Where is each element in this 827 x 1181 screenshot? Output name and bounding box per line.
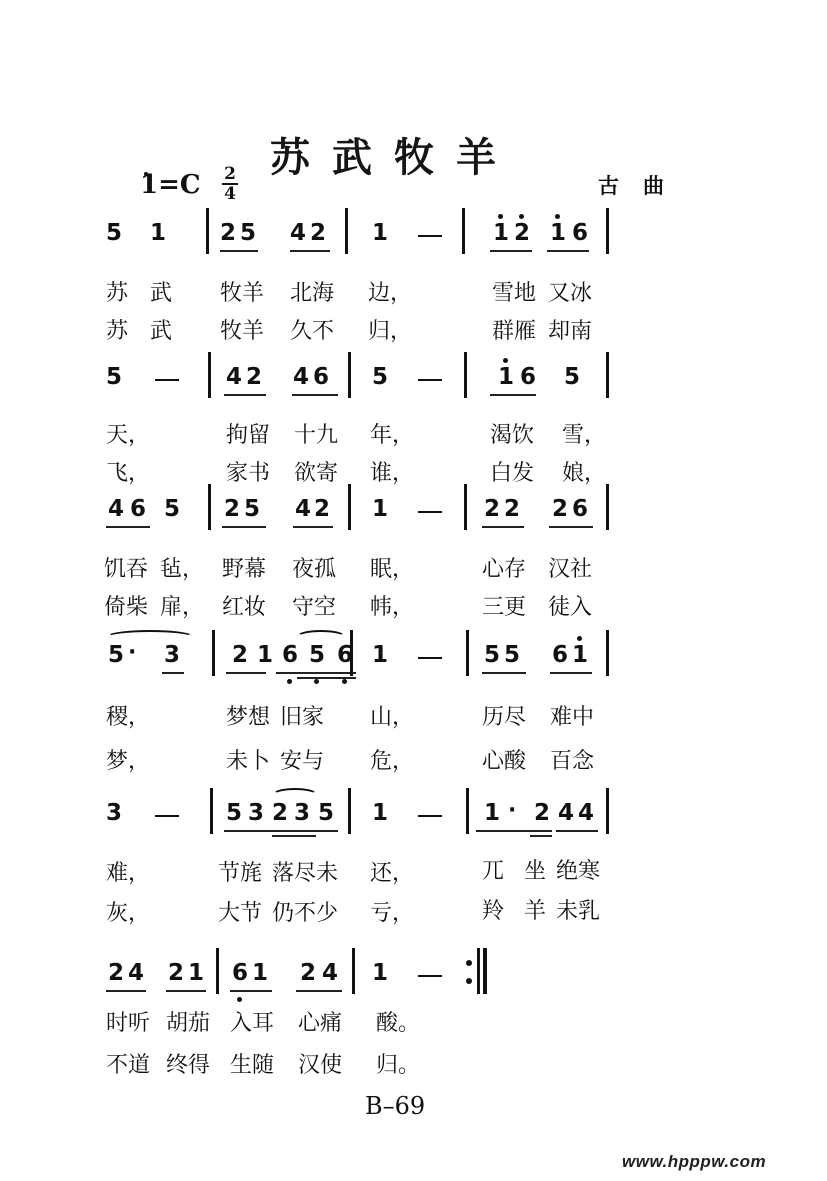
note: 1	[372, 960, 388, 986]
eighth-beam	[226, 672, 266, 674]
note: 2	[552, 496, 568, 522]
lyric: 雪，	[562, 418, 606, 449]
eighth-beam	[224, 830, 338, 832]
barline	[216, 948, 219, 994]
hold-dash	[418, 815, 442, 817]
lyric: 胡茄	[166, 1006, 210, 1037]
barline	[466, 630, 469, 676]
eighth-beam	[296, 990, 342, 992]
lyric: 久不	[290, 314, 334, 345]
note: 2	[220, 220, 236, 246]
lyric: 群雁	[492, 314, 536, 345]
note: 4	[295, 496, 311, 522]
lyric: 却南	[548, 314, 592, 345]
lyric: 难中	[550, 700, 594, 731]
note: 5	[106, 364, 122, 390]
lyric: 归，	[368, 314, 412, 345]
note: 6	[572, 220, 588, 246]
barline	[350, 630, 353, 676]
lyric: 灰，	[106, 896, 150, 927]
lyric: 飞，	[106, 456, 150, 487]
lyric: 天，	[106, 418, 150, 449]
lyric: 绝寒	[556, 854, 600, 885]
note: 2	[504, 496, 520, 522]
lyric: 三更	[482, 590, 526, 621]
eighth-beam	[293, 526, 333, 528]
hold-dash	[418, 235, 442, 237]
note: 3	[294, 800, 310, 826]
note-high: 2	[514, 220, 530, 246]
barline	[348, 788, 351, 834]
note: 2	[534, 800, 550, 826]
note-high: 1	[572, 642, 588, 668]
repeat-dot	[466, 978, 472, 984]
note: 5	[484, 642, 500, 668]
note: 2	[232, 642, 248, 668]
note: 5	[372, 364, 388, 390]
note-high: 1	[498, 364, 514, 390]
lyric: 百念	[550, 744, 594, 775]
lyric: 兀	[482, 854, 504, 885]
lyric: 娘，	[562, 456, 606, 487]
lyric: 历尽	[482, 700, 526, 731]
eighth-beam	[230, 990, 272, 992]
sixteenth-beam	[530, 835, 552, 837]
eighth-beam	[276, 672, 356, 674]
note: 6	[572, 496, 588, 522]
eighth-beam	[222, 526, 266, 528]
barline	[462, 208, 465, 254]
note: 1	[372, 496, 388, 522]
barline	[210, 788, 213, 834]
lyric: 饥吞	[104, 552, 148, 583]
time-signature-top: 2	[222, 166, 238, 182]
barline	[348, 484, 351, 530]
lyric: 徒入	[548, 590, 592, 621]
eighth-beam	[166, 990, 206, 992]
lyric: 谁，	[370, 456, 414, 487]
note: 2	[272, 800, 288, 826]
lyric: 生随	[230, 1048, 274, 1079]
hold-dash	[418, 657, 442, 659]
lyric: 帏，	[370, 590, 414, 621]
lyric: 心酸	[482, 744, 526, 775]
note: 2	[484, 496, 500, 522]
note: 1	[257, 642, 273, 668]
note: 5	[240, 220, 256, 246]
note: 4	[293, 364, 309, 390]
lyric: 心存	[482, 552, 526, 583]
notation-line: 5 1 2 5 4 2 1 1 2 1 6	[100, 208, 740, 258]
lyric: 终得	[166, 1048, 210, 1079]
note: 6	[313, 364, 329, 390]
note: 1	[372, 800, 388, 826]
lyric: 家书	[226, 456, 270, 487]
hold-dash	[155, 379, 179, 381]
note: 1	[150, 220, 166, 246]
barline	[212, 630, 215, 676]
time-signature: 2 4	[222, 166, 238, 202]
lyric: 牧羊	[220, 276, 264, 307]
notation-line: 2 4 2 1 6 1 2 4 1	[100, 948, 740, 998]
page-number: B–69	[365, 1092, 425, 1120]
note: 4	[290, 220, 306, 246]
thick-barline	[483, 948, 487, 994]
lyric: 梦，	[106, 744, 150, 775]
note: 1	[372, 220, 388, 246]
note: 4	[226, 364, 242, 390]
notation-line: 5 · 3 2 1 6 5 6 1 5 5 6 1	[100, 630, 740, 680]
note-low: 6	[282, 642, 298, 668]
note-high: 1	[550, 220, 566, 246]
eighth-beam	[106, 990, 146, 992]
lyric: 眠，	[370, 552, 414, 583]
note: 3	[106, 800, 122, 826]
lyric: 安与	[280, 744, 324, 775]
augmentation-dot: ·	[128, 640, 136, 665]
lyric: 仍不少	[272, 896, 338, 927]
barline	[606, 484, 609, 530]
note: 2	[246, 364, 262, 390]
sixteenth-beam	[272, 835, 316, 837]
note-low: 5	[309, 642, 325, 668]
lyric: 十九	[294, 418, 338, 449]
note: 4	[558, 800, 574, 826]
lyric: 梦想	[226, 700, 270, 731]
eighth-beam	[162, 672, 184, 674]
lyric: 难，	[106, 856, 150, 887]
lyric: 苏	[106, 276, 128, 307]
note: 3	[248, 800, 264, 826]
lyric: 红妆	[222, 590, 266, 621]
note-low: 6	[232, 960, 248, 986]
lyric: 夜孤	[292, 552, 336, 583]
lyric: 白发	[490, 456, 534, 487]
note: 2	[314, 496, 330, 522]
lyric: 大节	[218, 896, 262, 927]
lyric: 亏，	[370, 896, 414, 927]
note: 1	[252, 960, 268, 986]
note: 2	[224, 496, 240, 522]
lyric: 时听	[106, 1006, 150, 1037]
barline	[606, 352, 609, 398]
eighth-beam	[482, 672, 526, 674]
note: 2	[300, 960, 316, 986]
hold-dash	[155, 815, 179, 817]
barline	[208, 352, 211, 398]
barline	[352, 948, 355, 994]
note: 4	[322, 960, 338, 986]
lyric: 不道	[106, 1048, 150, 1079]
barline	[606, 630, 609, 676]
lyric: 入耳	[230, 1006, 274, 1037]
lyric: 危，	[370, 744, 414, 775]
note: 5	[244, 496, 260, 522]
note: 6	[130, 496, 146, 522]
lyric: 苏	[106, 314, 128, 345]
barline	[208, 484, 211, 530]
eighth-beam	[490, 394, 536, 396]
lyric: 欲寄	[294, 456, 338, 487]
key-text: =C	[158, 170, 200, 200]
hold-dash	[418, 975, 442, 977]
lyric: 山，	[370, 700, 414, 731]
barline	[466, 788, 469, 834]
lyric: 北海	[290, 276, 334, 307]
eighth-beam	[224, 394, 266, 396]
note: 5	[318, 800, 334, 826]
note: 6	[552, 642, 568, 668]
note: 5	[504, 642, 520, 668]
note: 4	[128, 960, 144, 986]
lyric: 未卜	[226, 744, 270, 775]
notation-line: 3 5 3 2 3 5 1 1 · 2 4 4	[100, 788, 740, 838]
lyric: 稷，	[106, 700, 150, 731]
eighth-beam	[292, 394, 338, 396]
note-high: 1	[493, 220, 509, 246]
lyric: 拘留	[226, 418, 270, 449]
lyric: 旧家	[280, 700, 324, 731]
lyric: 羊	[524, 894, 546, 925]
high-one-glyph: 1	[140, 170, 158, 200]
lyric: 羚	[482, 894, 504, 925]
eighth-beam	[490, 250, 532, 252]
eighth-beam	[106, 526, 150, 528]
lyric: 归。	[376, 1048, 420, 1079]
sixteenth-beam	[297, 677, 356, 679]
augmentation-dot: ·	[508, 798, 516, 823]
lyric: 倚柴	[104, 590, 148, 621]
lyric: 汉使	[298, 1048, 342, 1079]
note: 5	[564, 364, 580, 390]
note: 6	[520, 364, 536, 390]
note: 5	[108, 642, 124, 668]
lyric: 边，	[368, 276, 412, 307]
thin-barline	[477, 948, 480, 994]
lyric: 雪地	[492, 276, 536, 307]
website-watermark: www.hpppw.com	[622, 1152, 766, 1172]
eighth-beam	[550, 672, 592, 674]
lyric: 还，	[370, 856, 414, 887]
time-signature-bottom: 4	[222, 186, 238, 202]
note: 5	[226, 800, 242, 826]
lyric: 又冰	[548, 276, 592, 307]
lyric: 汉社	[548, 552, 592, 583]
eighth-beam	[549, 526, 593, 528]
barline	[464, 352, 467, 398]
eighth-beam	[482, 526, 524, 528]
lyric: 牧羊	[220, 314, 264, 345]
note: 2	[168, 960, 184, 986]
lyric: 节旄	[218, 856, 262, 887]
lyric: 未乳	[556, 894, 600, 925]
lyric: 酸。	[376, 1006, 420, 1037]
lyric: 渴饮	[490, 418, 534, 449]
composer-label: 古曲	[598, 170, 688, 200]
notation-line: 5 4 2 4 6 5 1 6 5	[100, 352, 740, 402]
song-title: 苏武牧羊	[270, 126, 518, 183]
eighth-beam	[220, 250, 258, 252]
lyric: 坐	[524, 854, 546, 885]
barline	[345, 208, 348, 254]
barline	[606, 788, 609, 834]
note: 4	[108, 496, 124, 522]
note: 1	[484, 800, 500, 826]
eighth-beam	[476, 830, 552, 832]
note: 3	[164, 642, 180, 668]
hold-dash	[418, 379, 442, 381]
lyric: 扉，	[160, 590, 204, 621]
note: 5	[106, 220, 122, 246]
barline	[348, 352, 351, 398]
note: 1	[188, 960, 204, 986]
lyric: 年，	[370, 418, 414, 449]
repeat-dot	[466, 960, 472, 966]
lyric: 武	[150, 314, 172, 345]
barline	[464, 484, 467, 530]
note: 2	[310, 220, 326, 246]
note: 2	[108, 960, 124, 986]
barline	[606, 208, 609, 254]
lyric: 守空	[292, 590, 336, 621]
lyric: 心痛	[298, 1006, 342, 1037]
note: 5	[164, 496, 180, 522]
key-signature: 1=C	[140, 170, 201, 200]
hold-dash	[418, 511, 442, 513]
lyric: 武	[150, 276, 172, 307]
note: 1	[372, 642, 388, 668]
lyric: 野幕	[222, 552, 266, 583]
note: 4	[578, 800, 594, 826]
eighth-beam	[290, 250, 330, 252]
lyric: 落尽未	[272, 856, 338, 887]
barline	[206, 208, 209, 254]
lyric: 毡，	[160, 552, 204, 583]
eighth-beam	[547, 250, 589, 252]
notation-line: 4 6 5 2 5 4 2 1 2 2 2 6	[100, 484, 740, 534]
eighth-beam	[556, 830, 598, 832]
